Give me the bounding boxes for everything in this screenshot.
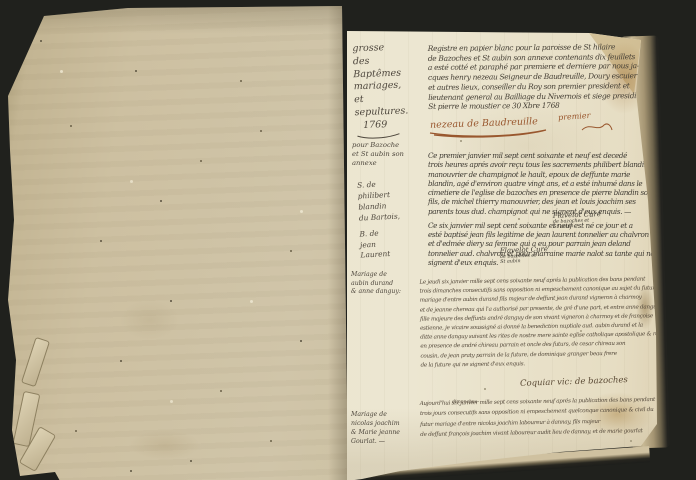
manuscript-line: trois heures aprés avoir reçu tous les s… <box>428 160 650 169</box>
margin-note-line: Mariage de <box>351 410 421 419</box>
paragraph-sepulture-blandin: Ce premier janvier mil sept cent soixant… <box>428 151 650 216</box>
manuscript-line: Ce six janvier mil sept cent soixante et… <box>428 221 654 230</box>
manuscript-line: Ce premier janvier mil sept cent soixant… <box>428 151 650 160</box>
margin-note-line: aubin durand <box>351 280 421 289</box>
underline-flourish <box>355 131 401 141</box>
manuscript-line: parents tous dud. champignot qui ne sign… <box>428 207 650 216</box>
margin-note-line: pour Bazoche <box>352 141 424 150</box>
margin-note-line: du Bartois, <box>359 209 423 223</box>
margin-note-line: & anne danguy: <box>351 288 421 297</box>
margin-note-mariage-durand: Mariage de aubin durand & anne danguy: <box>351 271 421 297</box>
open-register-photo: 1 · · + grosse des Baptêmes mariages, et… <box>0 0 696 480</box>
stain <box>120 300 180 340</box>
manuscript-line: manouvrier de champignot le hault, epoux… <box>428 170 650 179</box>
signature-vicaire: Coquiar vic: de bazoches <box>520 375 628 389</box>
paper-speckles-light <box>60 70 63 73</box>
paraph-squiggle <box>580 120 614 134</box>
margin-note-line: annexe <box>352 159 424 168</box>
signature-cure: Flavelot Curé de bazoches et St aubin <box>500 245 549 265</box>
margin-note-year: 1769 <box>355 118 427 133</box>
paper-speckles <box>40 40 42 42</box>
margin-note-line: nicolas joachim <box>351 419 421 428</box>
manuscript-line: cimetiere de l'eglise de bazoches en pre… <box>428 188 650 197</box>
torn-edge-flap <box>21 337 50 387</box>
interlinear-insertion: dimanches <box>452 400 477 405</box>
manuscript-line: esté baptisé jean fils legitime de jean … <box>428 230 654 239</box>
margin-note-sepulture: S. de philibert blandin du Bartois, <box>357 176 423 223</box>
margin-note-line: Laurent <box>360 247 420 261</box>
paper-speckles <box>460 140 462 142</box>
manuscript-line: blandin, agé d'environ quatre vingt ans,… <box>428 179 650 188</box>
margin-note-grosse: grosse des Baptêmes mariages, et sepultu… <box>352 41 428 146</box>
margin-note-parish: pour Bazoche et St aubin son annexe <box>352 141 424 168</box>
margin-note-line: et St aubin son <box>352 150 424 159</box>
manuscript-line: fils, de michel thierry manouvrier, des … <box>428 197 650 206</box>
stain <box>130 430 200 460</box>
margin-note-line: Mariage de <box>351 271 421 280</box>
gutter-shadow <box>328 6 348 480</box>
margin-note-line: & Marie jeanne <box>351 428 421 437</box>
paragraph-mariage-durand: Le jeudi six janvier mille sept cens soi… <box>419 275 656 370</box>
signature-flourish <box>428 128 550 138</box>
margin-note-bapteme: B. de jean Laurent <box>359 226 421 261</box>
paragraph-attestation: Registre en papier blanc pour la paroiss… <box>428 42 649 112</box>
margin-note-line: Gourlat. — <box>351 437 421 446</box>
manuscript-line: St pierre le moustier ce 30 Xbre 1768 <box>428 100 648 112</box>
folio-mark: · · + <box>540 24 561 30</box>
folio-mark: 1 <box>468 26 472 33</box>
margin-note-mariage-joachim: Mariage de nicolas joachim & Marie jeann… <box>351 410 421 446</box>
